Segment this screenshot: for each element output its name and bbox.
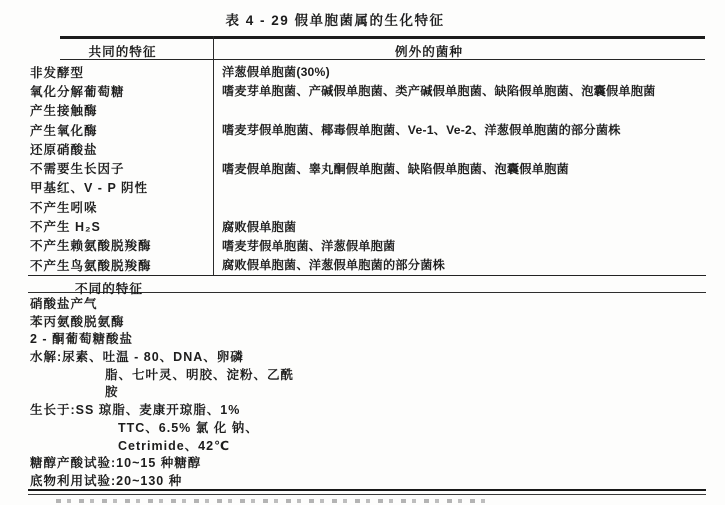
table-row: 产生氧化酶 嗜麦芽假单胞菌、椰毒假单胞菌、Ve-1、Ve-2、洋葱假单胞菌的部分… [30, 120, 706, 139]
table-row: 甲基红、V - P 阴性 [30, 178, 706, 197]
feature-cell: 不产生鸟氨酸脱羧酶 [30, 256, 222, 274]
table-row: 苯丙氨酸脱氨酶 [30, 314, 690, 332]
table-row: 水解:尿素、吐温 - 80、DNA、卵磷 [30, 349, 690, 367]
table-row: 底物利用试验:20~130 种 [30, 473, 690, 491]
table-row-continuation: Cetrimide、42℃ [30, 438, 690, 456]
feature-cell: 不产生 H₂S [30, 217, 222, 235]
table-row: 硝酸盐产气 [30, 296, 690, 314]
feature-cell: 产生氧化酶 [30, 121, 222, 139]
exceptions-cell: 嗜麦芽单胞菌、产碱假单胞菌、类产碱假单胞菌、缺陷假单胞菌、泡囊假单胞菌 [222, 82, 706, 99]
different-features-header: 不同的特征 [75, 278, 143, 297]
table-row: 不产生赖氨酸脱羧酶 嗜麦芽假单胞菌、洋葱假单胞菌 [30, 236, 706, 255]
feature-cell: 还原硝酸盐 [30, 140, 222, 158]
table-row: 不产生 H₂S 腐败假单胞菌 [30, 216, 706, 235]
exceptions-cell: 腐败假单胞菌 [222, 218, 706, 235]
exceptions-cell: 嗜麦芽假单胞菌、洋葱假单胞菌 [222, 237, 706, 254]
table-row: 不产生吲哚 [30, 197, 706, 216]
exceptions-cell: 嗜麦芽假单胞菌、椰毒假单胞菌、Ve-1、Ve-2、洋葱假单胞菌的部分菌株 [222, 121, 706, 138]
feature-cell: 氧化分解葡萄糖 [30, 82, 222, 100]
exceptions-cell: 洋葱假单胞菌(30%) [222, 63, 706, 80]
table-row: 不产生鸟氨酸脱羧酶 腐败假单胞菌、洋葱假单胞菌的部分菌株 [30, 255, 706, 274]
table-row-continuation: TTC、6.5% 氯 化 钠、 [30, 420, 690, 438]
table-row-continuation: 脂、七叶灵、明胶、淀粉、乙酰 [30, 367, 690, 385]
table-row: 糖醇产酸试验:10~15 种糖醇 [30, 455, 690, 473]
clipped-footnote-fragment [56, 499, 488, 503]
column-header-common: 共同的特征 [32, 41, 213, 60]
feature-cell: 不需要生长因子 [30, 159, 222, 177]
table-row: 不需要生长因子 嗜麦假单胞菌、睾丸酮假单胞菌、缺陷假单胞菌、泡囊假单胞菌 [30, 158, 706, 177]
table-caption: 表 4 - 29 假单胞菌属的生化特征 [0, 9, 670, 29]
table-row: 产生接触酶 [30, 101, 706, 120]
feature-cell: 不产生赖氨酸脱羧酶 [30, 236, 222, 254]
feature-cell: 不产生吲哚 [30, 198, 222, 216]
feature-cell: 产生接触酶 [30, 101, 222, 119]
table-row: 还原硝酸盐 [30, 139, 706, 158]
table-top-border [60, 36, 705, 39]
section-separator-line [28, 275, 706, 277]
different-features-section: 硝酸盐产气 苯丙氨酸脱氨酶 2 - 酮葡萄糖酸盐 水解:尿素、吐温 - 80、D… [30, 296, 690, 491]
scanned-page: 表 4 - 29 假单胞菌属的生化特征 共同的特征 例外的菌种 非发酵型 洋葱假… [0, 0, 725, 505]
table-row: 氧化分解葡萄糖 嗜麦芽单胞菌、产碱假单胞菌、类产碱假单胞菌、缺陷假单胞菌、泡囊假… [30, 81, 706, 100]
common-features-section: 非发酵型 洋葱假单胞菌(30%) 氧化分解葡萄糖 嗜麦芽单胞菌、产碱假单胞菌、类… [30, 62, 706, 274]
table-row: 2 - 酮葡萄糖酸盐 [30, 331, 690, 349]
feature-cell: 非发酵型 [30, 63, 222, 81]
table-row: 生长于:SS 琼脂、麦康开琼脂、1% [30, 402, 690, 420]
table-row-continuation: 胺 [30, 384, 690, 402]
feature-cell: 甲基红、V - P 阴性 [30, 178, 222, 196]
table-row: 非发酵型 洋葱假单胞菌(30%) [30, 62, 706, 81]
column-header-exception: 例外的菌种 [213, 41, 645, 60]
exceptions-cell: 腐败假单胞菌、洋葱假单胞菌的部分菌株 [222, 256, 706, 273]
exceptions-cell: 嗜麦假单胞菌、睾丸酮假单胞菌、缺陷假单胞菌、泡囊假单胞菌 [222, 160, 706, 177]
